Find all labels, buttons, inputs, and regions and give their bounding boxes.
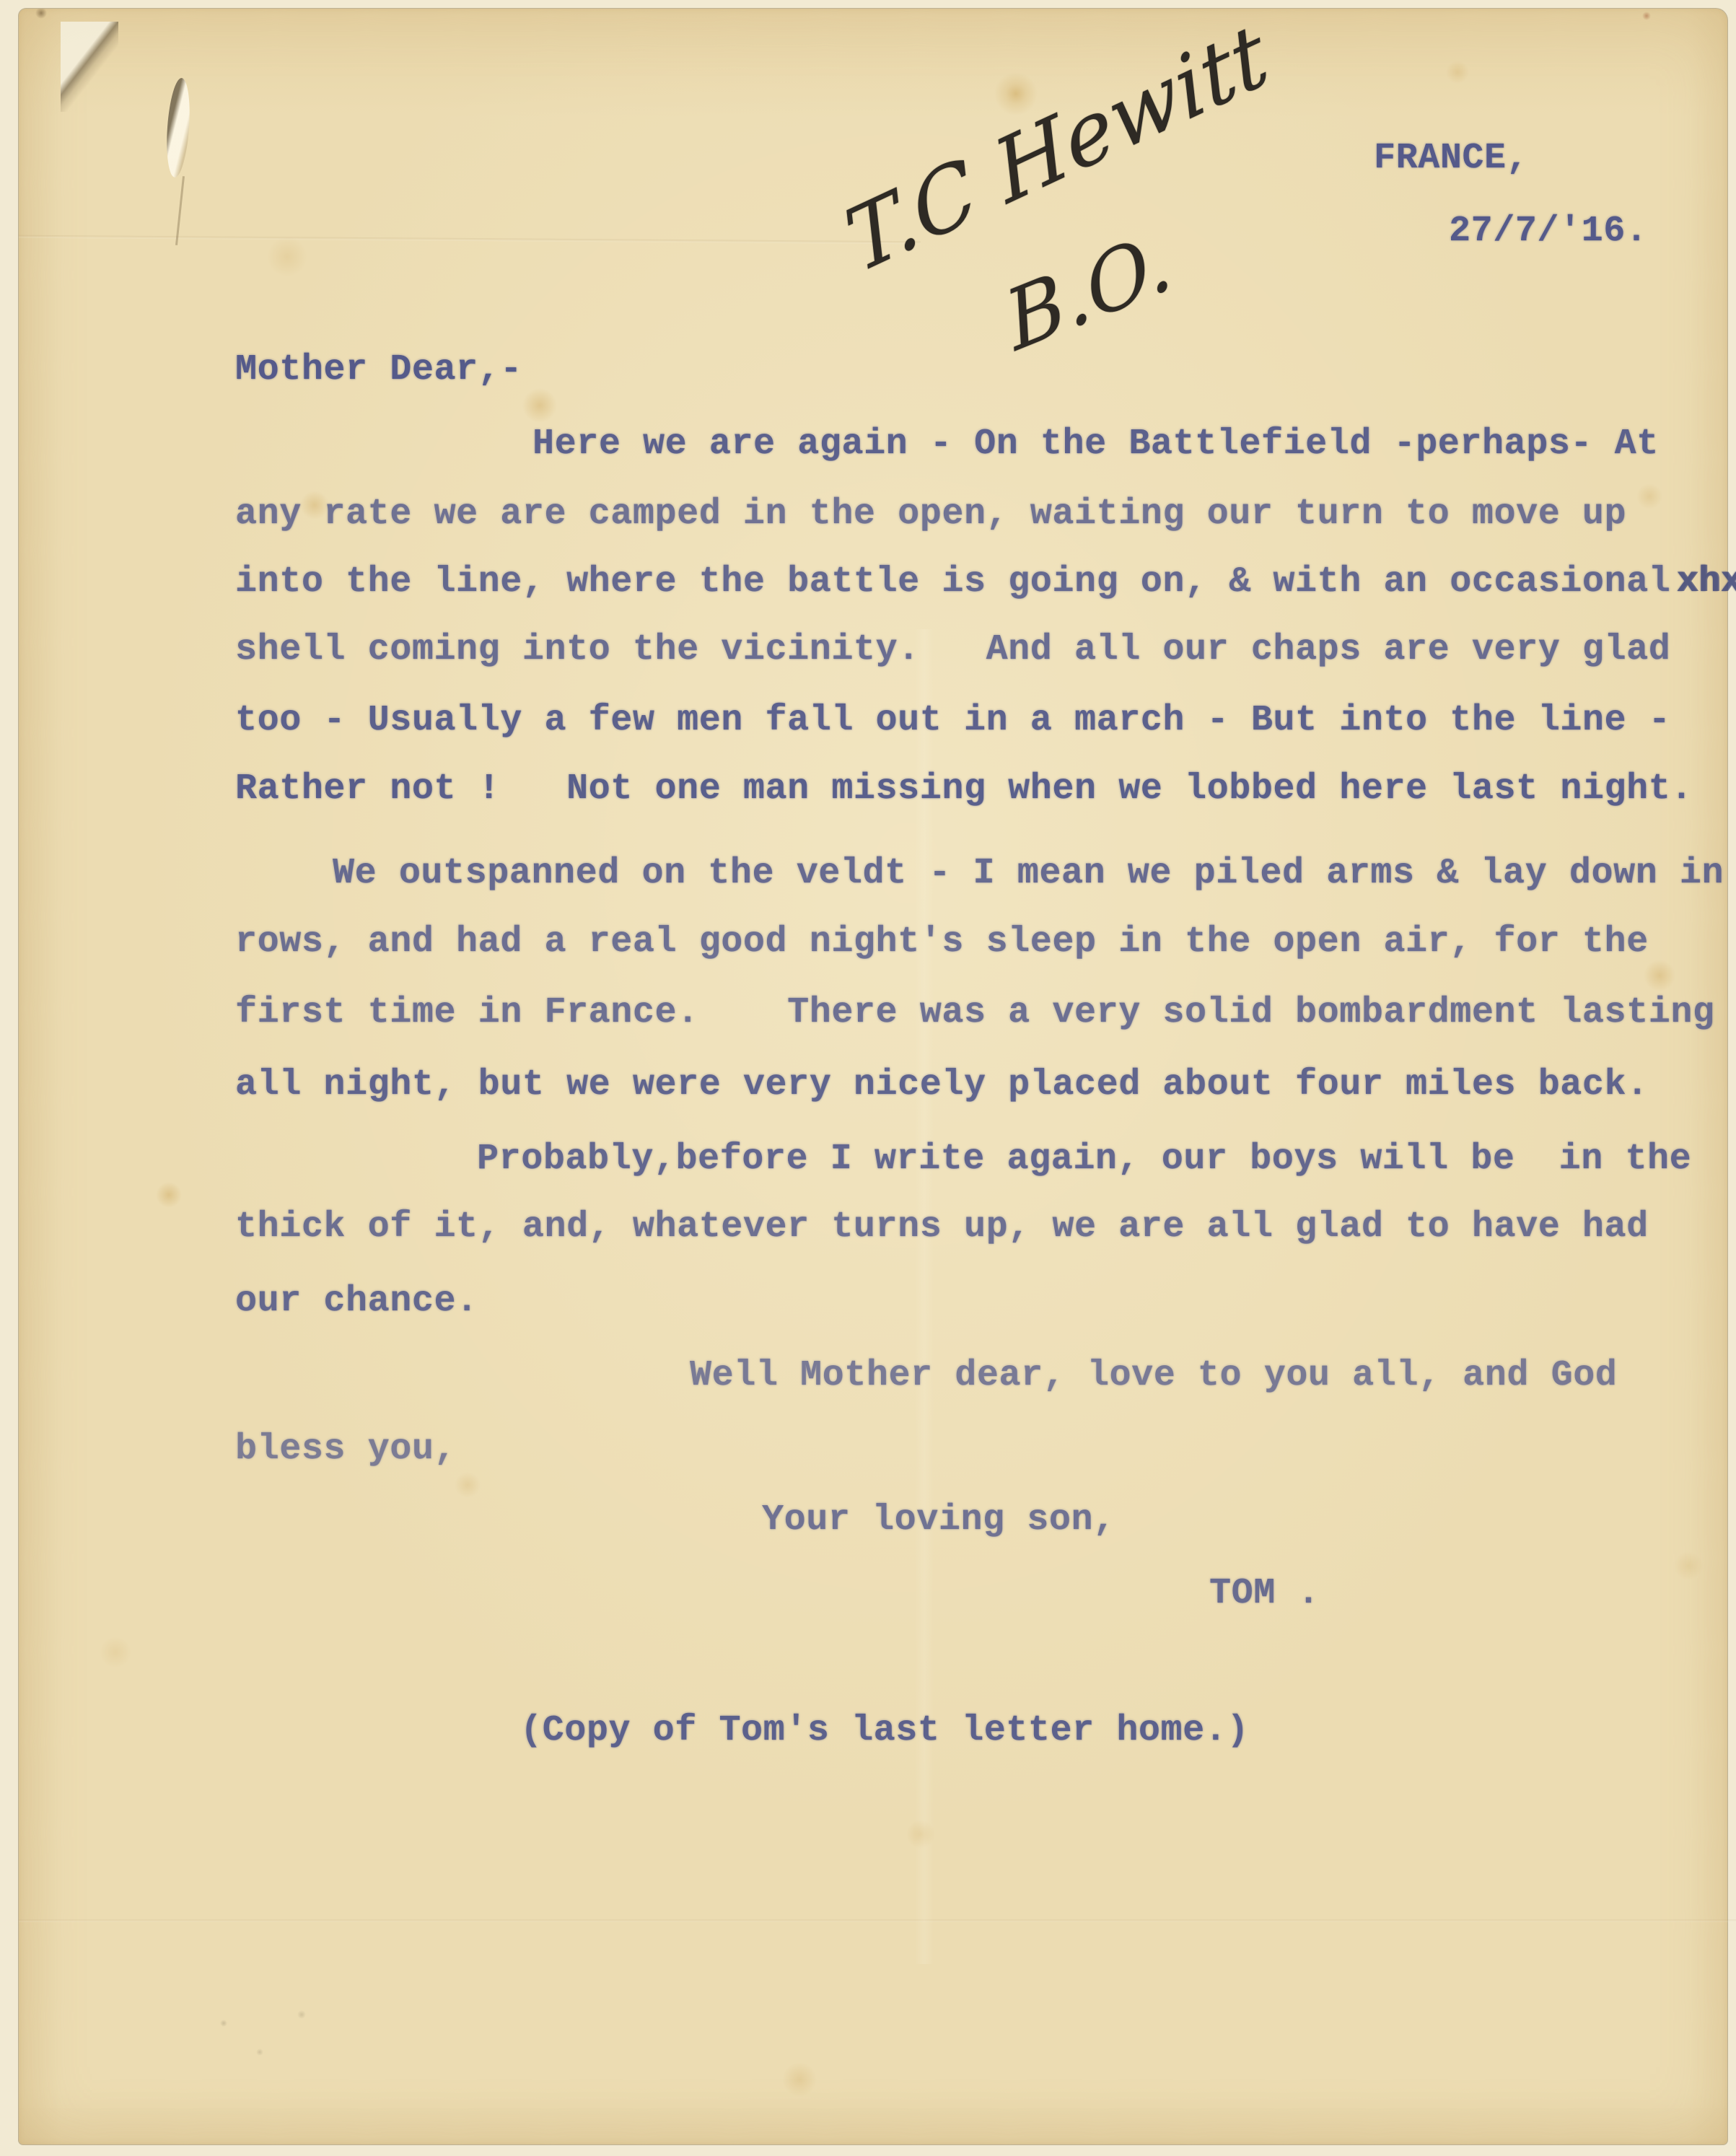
handwritten-initials: B.O.: [997, 214, 1180, 370]
body-line: bless you,: [235, 1432, 456, 1468]
letter-scan: T.C Hewitt B.O. FRANCE, 27/7/'16. Mother…: [0, 0, 1736, 2156]
vertical-fold-crease: [915, 629, 934, 1964]
body-line: Here we are again - On the Battlefield -…: [532, 426, 1659, 463]
paper-sheet: T.C Hewitt B.O. FRANCE, 27/7/'16. Mother…: [19, 9, 1727, 2144]
handwritten-signature: T.C Hewitt: [836, 4, 1279, 293]
letterhead-date: 27/7/'16.: [1449, 214, 1647, 250]
body-line: Probably,before I write again, our boys …: [477, 1141, 1691, 1178]
signature-name-line: TOM .: [1209, 1576, 1320, 1612]
overstruck-text: xhxx: [1676, 561, 1736, 602]
salutation-line: Mother Dear,-: [235, 352, 522, 388]
body-line-text: into the line, where the battle is going…: [235, 561, 1670, 602]
body-line: thick of it, and, whatever turns up, we …: [235, 1209, 1649, 1245]
body-line: all night, but we were very nicely place…: [235, 1067, 1649, 1103]
letterhead-place: FRANCE,: [1374, 141, 1528, 177]
pinhole-tear-line: [175, 176, 185, 245]
body-line: first time in France. There was a very s…: [235, 995, 1715, 1031]
body-line: our chance.: [235, 1284, 478, 1320]
body-line: rows, and had a real good night's sleep …: [235, 924, 1649, 960]
corner-fold-mark: [61, 22, 118, 112]
copy-note-line: (Copy of Tom's last letter home.): [520, 1713, 1249, 1749]
body-line: Rather not ! Not one man missing when we…: [235, 771, 1693, 807]
valediction-line: Your loving son,: [762, 1502, 1115, 1538]
horizontal-crease: [19, 235, 921, 245]
body-line: any rate we are camped in the open, wait…: [235, 496, 1626, 533]
body-line: into the line, where the battle is going…: [235, 564, 1736, 600]
body-line: too - Usually a few men fall out in a ma…: [235, 703, 1670, 739]
body-line: We outspanned on the veldt - I mean we p…: [333, 856, 1724, 892]
body-line: shell coming into the vicinity. And all …: [235, 632, 1670, 668]
horizontal-crease: [19, 1919, 1736, 1922]
pinhole-mark: [164, 77, 193, 178]
body-line: Well Mother dear, love to you all, and G…: [690, 1358, 1617, 1394]
